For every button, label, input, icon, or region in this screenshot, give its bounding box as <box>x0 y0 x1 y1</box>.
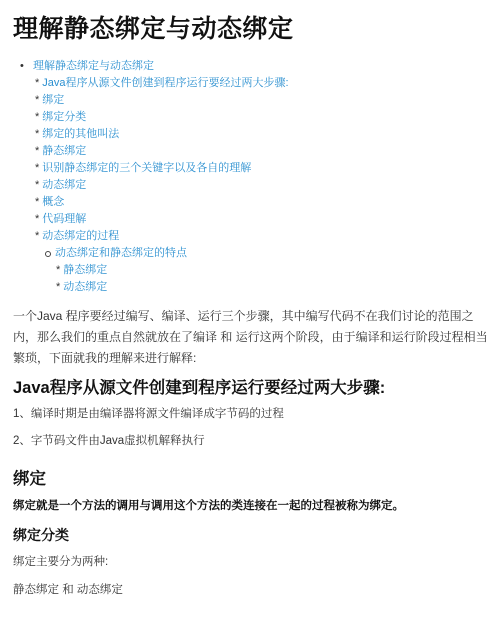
toc-link-sub-static[interactable]: 静态绑定 <box>63 264 107 276</box>
star-bullet-icon: * <box>56 281 60 293</box>
toc-sub-item: *静态绑定 <box>56 262 107 279</box>
toc-item: *概念 <box>35 194 64 211</box>
step-line-1: 1、编译时期是由编译器将源文件编译成字节码的过程 <box>13 405 284 421</box>
star-bullet-icon: * <box>35 94 39 106</box>
toc-item: *Java程序从源文件创建到程序运行要经过两大步骤: <box>35 75 289 92</box>
toc-link-title[interactable]: 理解静态绑定与动态绑定 <box>33 60 154 72</box>
binding-types-line-1: 绑定主要分为两种: <box>13 553 108 569</box>
star-bullet-icon: * <box>35 128 39 140</box>
toc-item: *动态绑定 <box>35 177 86 194</box>
binding-types-line-2: 静态绑定 和 动态绑定 <box>13 581 123 597</box>
page-title: 理解静态绑定与动态绑定 <box>13 9 294 45</box>
star-bullet-icon: * <box>56 264 60 276</box>
toc-item-top: • 理解静态绑定与动态绑定 <box>33 58 154 75</box>
toc-link-dynamic-process[interactable]: 动态绑定的过程 <box>42 230 119 242</box>
toc-sub-item: *动态绑定 <box>56 279 107 296</box>
toc-item: *静态绑定 <box>35 143 86 160</box>
star-bullet-icon: * <box>35 213 39 225</box>
toc-sub-item: 动态绑定和静态绑定的特点 <box>55 245 187 262</box>
toc-link-static-binding[interactable]: 静态绑定 <box>42 145 86 157</box>
toc-link-concept[interactable]: 概念 <box>42 196 64 208</box>
toc-link-other-names[interactable]: 绑定的其他叫法 <box>42 128 119 140</box>
star-bullet-icon: * <box>35 196 39 208</box>
bullet-dot-icon: • <box>20 58 24 75</box>
star-bullet-icon: * <box>35 111 39 123</box>
section-heading-binding: 绑定 <box>13 465 46 489</box>
star-bullet-icon: * <box>35 162 39 174</box>
intro-paragraph: 一个Java 程序要经过编写、编译、运行三个步骤，其中编写代码不在我们讨论的范围… <box>13 306 491 369</box>
star-bullet-icon: * <box>35 230 39 242</box>
toc-link-code[interactable]: 代码理解 <box>42 213 86 225</box>
toc-link-sub-dynamic[interactable]: 动态绑定 <box>63 281 107 293</box>
toc-item: *动态绑定的过程 <box>35 228 119 245</box>
toc-link-features[interactable]: 动态绑定和静态绑定的特点 <box>55 247 187 259</box>
toc-item: *绑定分类 <box>35 109 86 126</box>
toc-item: *识别静态绑定的三个关键字以及各自的理解 <box>35 160 251 177</box>
section-heading-binding-types: 绑定分类 <box>13 525 69 545</box>
toc-link-dynamic-binding[interactable]: 动态绑定 <box>42 179 86 191</box>
toc-link-two-steps[interactable]: Java程序从源文件创建到程序运行要经过两大步骤: <box>42 77 288 89</box>
star-bullet-icon: * <box>35 179 39 191</box>
toc-item: *绑定的其他叫法 <box>35 126 119 143</box>
toc-item: *代码理解 <box>35 211 86 228</box>
bullet-circle-icon <box>45 251 51 257</box>
star-bullet-icon: * <box>35 77 39 89</box>
toc-link-binding[interactable]: 绑定 <box>42 94 64 106</box>
star-bullet-icon: * <box>35 145 39 157</box>
step-line-2: 2、字节码文件由Java虚拟机解释执行 <box>13 432 205 448</box>
toc-link-keywords[interactable]: 识别静态绑定的三个关键字以及各自的理解 <box>42 162 251 174</box>
section-heading-steps: Java程序从源文件创建到程序运行要经过两大步骤: <box>13 374 385 398</box>
toc-link-binding-types[interactable]: 绑定分类 <box>42 111 86 123</box>
toc-item: *绑定 <box>35 92 64 109</box>
binding-definition: 绑定就是一个方法的调用与调用这个方法的类连接在一起的过程被称为绑定。 <box>13 497 404 513</box>
